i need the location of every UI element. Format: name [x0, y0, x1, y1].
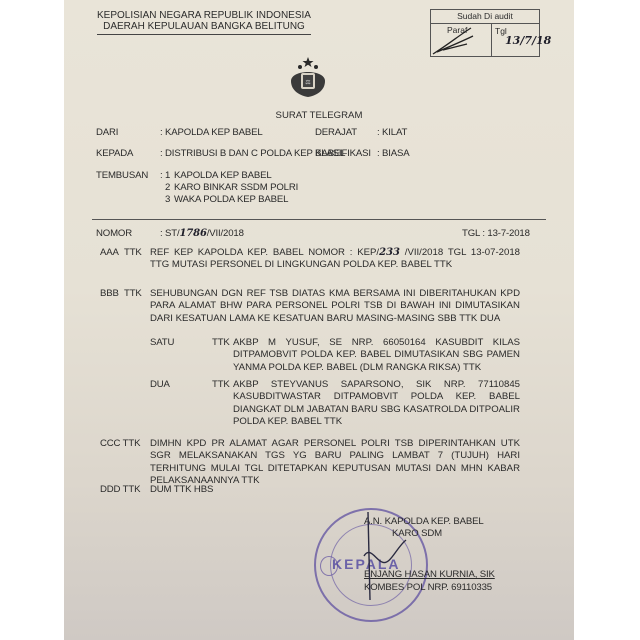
tembusan-num-3: 3	[165, 194, 170, 205]
paraf-signature-icon	[431, 24, 491, 56]
tembusan-num-2: 2	[165, 182, 170, 193]
satu-label: SATU	[150, 337, 174, 348]
bbb-text: SEHUBUNGAN DGN REF TSB DIATAS KMA BERSAM…	[150, 288, 520, 325]
derajat-label: DERAJAT	[315, 127, 357, 138]
nomor-prefix: : ST/	[160, 228, 180, 239]
audit-tgl-value: 13/7/18	[505, 34, 551, 47]
nomor-date: TGL : 13-7-2018	[462, 228, 530, 239]
tembusan-num-1: : 1	[160, 170, 170, 181]
satu-text: AKBP M YUSUF, SE NRP. 66050164 KASUBDIT …	[233, 337, 520, 374]
nomor-suffix: /VII/2018	[207, 228, 244, 239]
derajat-value: : KILAT	[377, 127, 407, 138]
police-emblem-icon: ⚖	[285, 55, 331, 101]
tembusan-label: TEMBUSAN	[96, 170, 148, 181]
signature-an: A.N. KAPOLDA KEP. BABEL	[364, 516, 484, 527]
ccc-text: DIMHN KPD PR ALAMAT AGAR PERSONEL POLRI …	[150, 438, 520, 488]
aaa-handwritten: 233	[379, 247, 400, 258]
nomor-handwritten: 1786	[180, 228, 207, 239]
aaa-ttk: TTK	[124, 247, 142, 258]
letterhead: KEPOLISIAN NEGARA REPUBLIK INDONESIA DAE…	[97, 10, 311, 35]
signature-name: ENJANG HASAN KURNIA, SIK	[364, 569, 495, 580]
signature-rank-nrp: KOMBES POL NRP. 69110335	[364, 582, 492, 593]
letterhead-line2: DAERAH KEPULAUAN BANGKA BELITUNG	[97, 21, 311, 35]
kepada-label: KEPADA	[96, 148, 133, 159]
letterhead-line1: KEPOLISIAN NEGARA REPUBLIK INDONESIA	[97, 10, 311, 21]
divider	[92, 219, 546, 220]
tembusan-item-1: KAPOLDA KEP BABEL	[174, 170, 272, 181]
satu-ttk: TTK	[212, 337, 230, 348]
audit-paraf-cell: Paraf	[431, 24, 492, 56]
document-title: SURAT TELEGRAM	[64, 110, 574, 121]
audit-title: Sudah Di audit	[431, 10, 539, 24]
tembusan-item-3: WAKA POLDA KEP BABEL	[174, 194, 288, 205]
aaa-text: REF KEP KAPOLDA KEP. BABEL NOMOR : KEP/2…	[150, 247, 520, 272]
klasifikasi-label: KLASIFIKASI	[315, 148, 371, 159]
bbb-ttk: TTK	[124, 288, 142, 299]
ddd-text: DUM TTK HBS	[150, 484, 213, 495]
ccc-label: CCC TTK	[100, 438, 140, 449]
aaa-text-before: REF KEP KAPOLDA KEP. BABEL NOMOR : KEP/	[150, 247, 379, 258]
aaa-label: AAA	[100, 247, 119, 258]
bbb-label: BBB	[100, 288, 119, 299]
dua-label: DUA	[150, 379, 170, 390]
dari-value: : KAPOLDA KEP BABEL	[160, 127, 263, 138]
ddd-label: DDD TTK	[100, 484, 140, 495]
nomor-label: NOMOR	[96, 228, 132, 239]
dua-ttk: TTK	[212, 379, 230, 390]
audit-box: Sudah Di audit Paraf Tgl 13/7/18	[430, 9, 540, 57]
tembusan-item-2: KARO BINKAR SSDM POLRI	[174, 182, 298, 193]
signature-position: KARO SDM	[392, 528, 442, 539]
dari-label: DARI	[96, 127, 118, 138]
nomor-value: : ST/1786/VII/2018	[160, 228, 244, 239]
svg-text:⚖: ⚖	[305, 79, 311, 86]
dua-text: AKBP STEYVANUS SAPARSONO, SIK NRP. 77110…	[233, 379, 520, 429]
telegram-document: KEPOLISIAN NEGARA REPUBLIK INDONESIA DAE…	[64, 0, 574, 640]
klasifikasi-value: : BIASA	[377, 148, 410, 159]
